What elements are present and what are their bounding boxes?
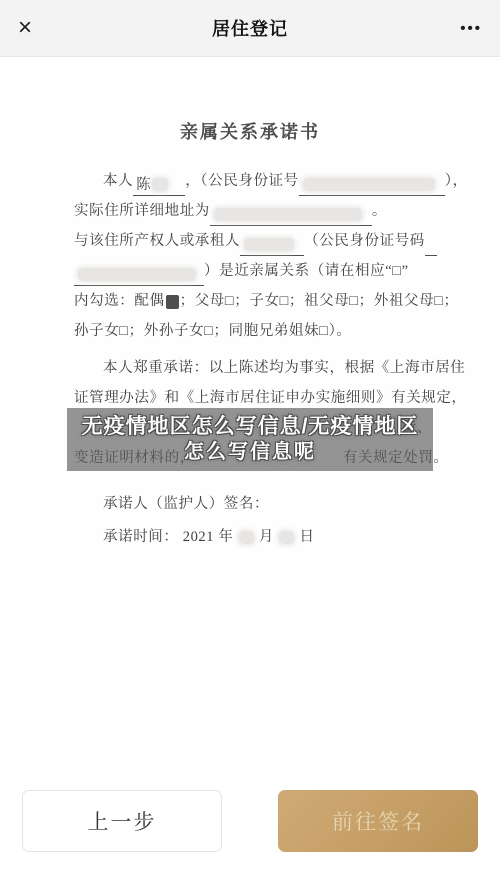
doc-text: ）， [445,173,468,189]
doc-line: 承诺时间： 2021 年 月 日 [74,522,432,552]
doc-text: ，（公民身份证号 [185,173,299,189]
doc-text: （公民身份证号码 [304,233,425,249]
doc-text: 与该住所产权人或承租人 [74,233,240,249]
go-to-sign-button[interactable]: 前往签名 [278,790,478,852]
redacted-value [239,531,254,544]
blank-field [299,174,445,196]
doc-line: 内勾选：配偶；父母□；子女□；祖父母□；外祖父母□； [74,286,432,316]
redacted-value [78,268,196,281]
redacted-value [214,208,362,221]
doc-line: 实际住所详细地址为。 [74,196,432,226]
redacted-value [244,238,294,251]
doc-text: 本人郑重承诺：以上陈述均为事实，根据《上海市居住 [103,360,465,376]
page-title: 居住登记 [0,15,500,41]
blank-field [210,204,372,226]
redacted-value [152,178,168,191]
doc-line: ）是近亲属关系（请在相应“□” [74,256,432,286]
doc-text: 日 [295,529,314,545]
footer-actions: 上一步 前往签名 [0,788,500,858]
doc-text: 证管理办法》和《上海市居住证申办实施细则》有关规定， [74,390,467,406]
doc-text: 本人 [103,173,133,189]
checked-box-mark [166,295,179,309]
blank-field [425,234,437,256]
doc-line: 本人郑重承诺：以上陈述均为事实，根据《上海市居住 [74,353,432,383]
document-page: 亲属关系承诺书 本人陈，（公民身份证号），实际住所详细地址为。与该住所产权人或承… [0,58,500,758]
blank-field: 陈 [133,174,185,196]
close-icon[interactable]: × [18,16,48,40]
doc-text: 月 [255,529,279,545]
caption-overlay: 无疫情地区怎么写信息/无疫情地区 怎么写信息呢 [67,408,433,471]
redacted-value [279,531,294,544]
doc-text: 孙子女□；外孙子女□；同胞兄弟姐妹□）。 [74,323,352,339]
doc-line: 与该住所产权人或承租人（公民身份证号码 [74,226,432,256]
doc-line: 承诺人（监护人）签名： [74,489,432,519]
caption-line-1: 无疫情地区怎么写信息/无疫情地区 [82,414,419,440]
doc-line: 本人陈，（公民身份证号）， [74,166,432,196]
doc-text: 承诺人（监护人）签名： [103,496,269,512]
previous-step-button[interactable]: 上一步 [22,790,222,852]
doc-text: 。 [372,203,387,219]
doc-text: 实际住所详细地址为 [74,203,210,219]
doc-line: 孙子女□；外孙子女□；同胞兄弟姐妹□）。 [74,316,432,346]
doc-text: 内勾选：配偶 [74,293,165,309]
blank-field [240,234,304,256]
doc-text: ）是近亲属关系（请在相应“□” [204,263,409,279]
document-title: 亲属关系承诺书 [0,118,500,144]
document-body: 本人陈，（公民身份证号），实际住所详细地址为。与该住所产权人或承租人（公民身份证… [74,166,432,552]
navbar: × 居住登记 ••• [0,0,500,57]
more-menu-icon[interactable]: ••• [442,20,482,37]
redacted-value [303,178,435,191]
doc-text: 承诺时间： 2021 年 [103,529,238,545]
blank-field [74,264,204,286]
doc-text: ；父母□；子女□；祖父母□；外祖父母□； [180,293,459,309]
caption-line-2: 怎么写信息呢 [184,440,316,465]
